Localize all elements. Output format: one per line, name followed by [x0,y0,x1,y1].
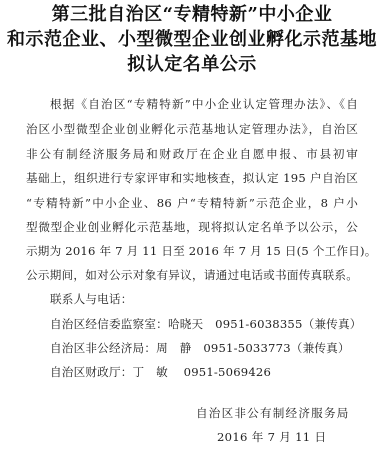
notice-document: 第三批自治区“专精特新”中小企业 和示范企业、小型微型企业创业孵化示范基地 拟认… [0,0,384,450]
contacts-heading: 联系人与电话： [50,291,358,307]
body-line-6: 型微型企业创业孵化示范基地，现将拟认定名单予以公示，公 [26,219,358,235]
body-line-1: 根据《自治区“专精特新”中小企业认定管理办法》、《自 [50,96,358,112]
title-line-3: 拟认定名单公示 [0,54,384,76]
body-line-3: 非公有制经济服务局和财政厅在企业自愿申报、市县初审 [26,146,358,162]
title-line-1: 第三批自治区“专精特新”中小企业 [0,4,384,26]
body-line-5: “专精特新”中小企业、86 户“专精特新”示范企业，8 户小 [26,195,358,211]
contact-line-2: 自治区非公经济局：周 静 0951-5033773（兼传真） [50,340,358,356]
contact-line-1: 自治区经信委监察室：哈晓天 0951-6038355（兼传真） [50,316,358,332]
signature-date: 2016 年 7 月 11 日 [217,429,326,445]
contact-line-3: 自治区财政厅：丁 敏 0951-5069426 [50,364,358,380]
body-line-2: 治区小型微型企业创业孵化示范基地认定管理办法》，自治区 [26,121,358,137]
body-line-7: 示期为 2016 年 7 月 11 日至 2016 年 7 月 15 日(5 个… [26,243,358,259]
signature-issuer: 自治区非公有制经济服务局 [196,405,350,421]
body-line-8: 公示期间，如对公示对象有异议，请通过电话或书面传真联系。 [26,267,358,283]
body-line-4: 基础上，组织进行专家评审和实地核查，拟认定 195 户自治区 [26,170,358,186]
title-line-2: 和示范企业、小型微型企业创业孵化示范基地 [0,29,384,51]
